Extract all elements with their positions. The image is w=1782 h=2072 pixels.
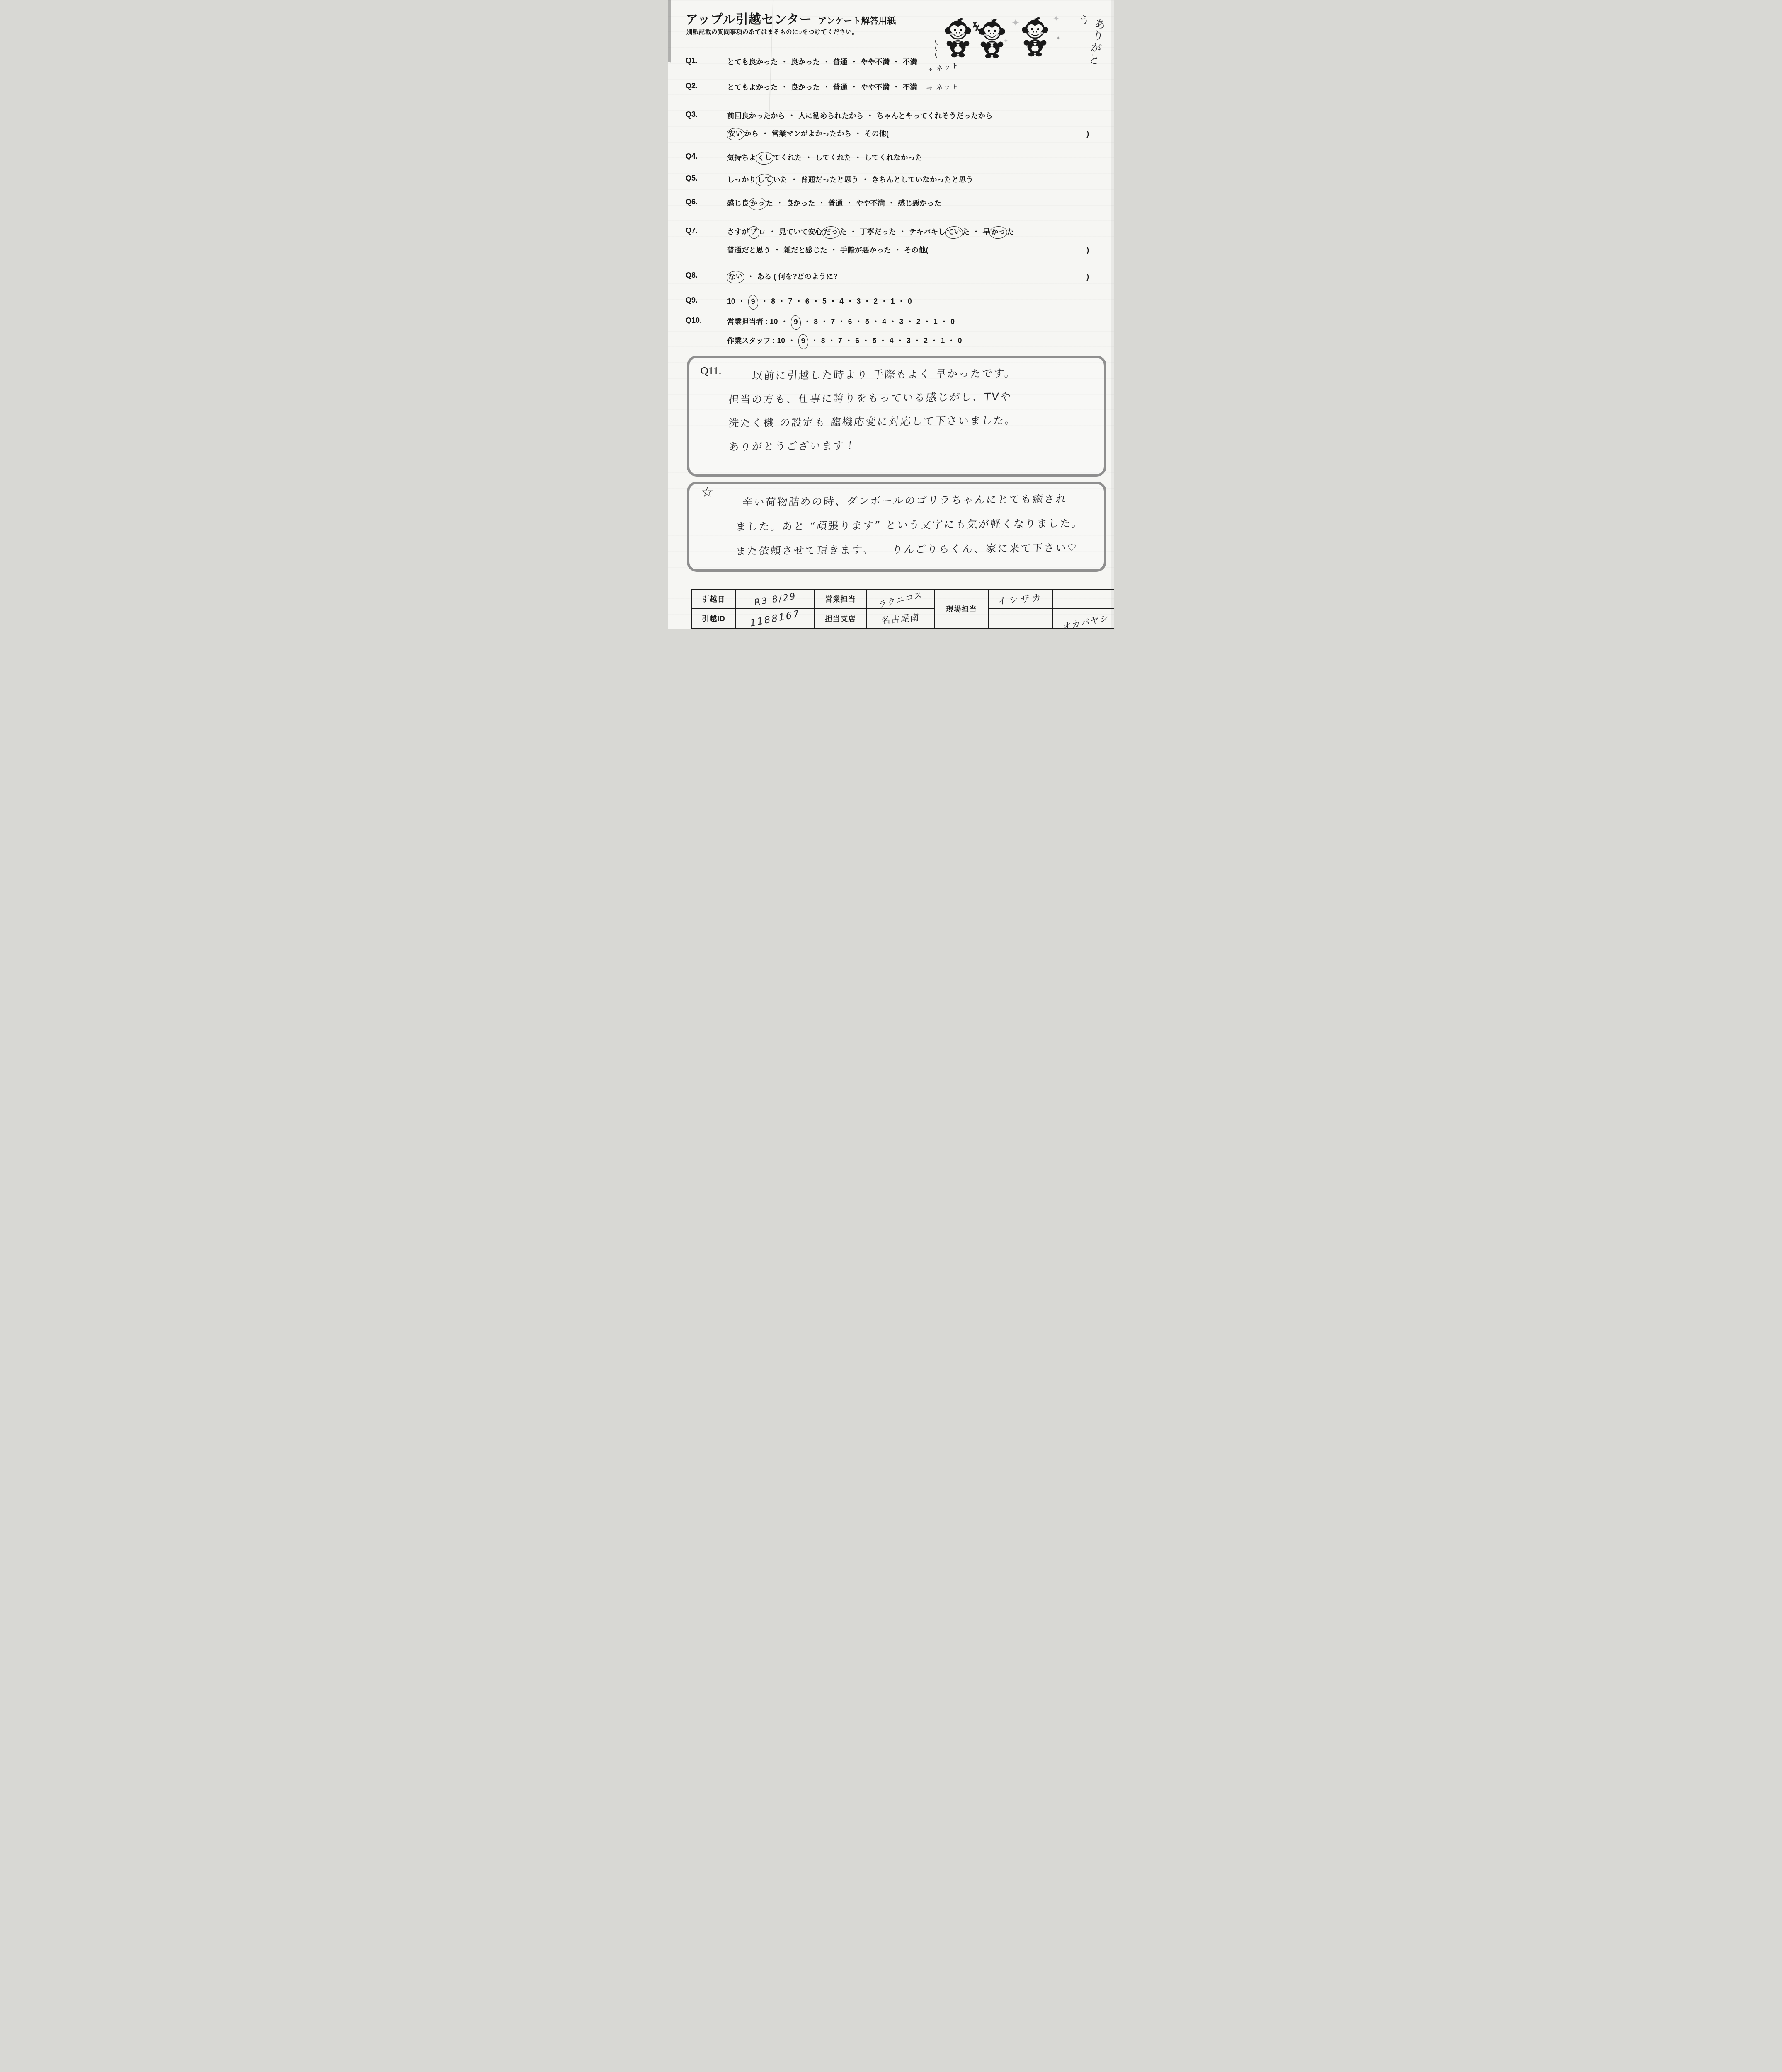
option-text: 見ていて安心 xyxy=(779,226,822,237)
site-crew-label: 現場担当 xyxy=(935,589,988,628)
option-text: やや不満 xyxy=(861,56,890,67)
option-separator: ・ xyxy=(888,198,895,208)
option-separator: ・ xyxy=(778,296,786,307)
option-separator: ・ xyxy=(761,296,769,307)
option-text: 普通だったと思う xyxy=(801,174,859,185)
option-separator: ・ xyxy=(914,335,921,346)
option-separator: ・ xyxy=(804,316,811,327)
option-separator: ・ xyxy=(854,128,862,139)
site-crew-value-2: オカバヤシ xyxy=(1053,609,1114,628)
circled-answer: 9 xyxy=(798,334,808,349)
option-text: 2 xyxy=(916,316,921,327)
option-text: 良かった xyxy=(786,198,815,208)
option-separator: ・ xyxy=(788,335,795,346)
handwritten-line: ました。あと “頑張ります” という文字にも気が軽くなりました。 xyxy=(735,511,1105,539)
option-text: ロ xyxy=(759,226,766,237)
sales-rep-value: ラクニコス xyxy=(866,589,935,609)
question-line: 営業担当者 : 10・9・8・7・6・5・4・3・2・1・0 xyxy=(727,316,1089,328)
option-text: 4 xyxy=(839,296,844,307)
option-separator: ・ xyxy=(923,316,931,327)
empty-cell xyxy=(988,609,1053,628)
question-options: 10・9・8・7・6・5・4・3・2・1・0 xyxy=(727,296,1089,315)
option-separator: ・ xyxy=(812,296,819,307)
option-text: てくれた xyxy=(773,152,802,163)
option-text: 4 xyxy=(882,316,886,327)
option-text: しっかり xyxy=(727,174,756,185)
option-text: 不満 xyxy=(903,82,917,92)
circled-answer: プ xyxy=(748,226,759,239)
move-id-value: 1188167 xyxy=(736,609,815,628)
question-options: とても良かった・良かった・普通・やや不満・不満→ ネット xyxy=(727,56,1089,75)
option-text: 営業担当者 : xyxy=(727,316,770,327)
circled-answer: ない xyxy=(726,271,745,284)
option-separator: ・ xyxy=(879,335,887,346)
option-text: その他( xyxy=(904,244,928,255)
option-text: さすが xyxy=(727,226,749,237)
option-text: 3 xyxy=(856,296,861,307)
option-text: 感じ良 xyxy=(727,198,749,208)
option-text: 感じ悪かった xyxy=(898,198,941,208)
option-separator: ・ xyxy=(851,56,858,67)
option-text: やや不満 xyxy=(861,82,890,92)
question-row: Q1.とても良かった・良かった・普通・やや不満・不満→ ネット xyxy=(686,56,1089,75)
option-text: テキパキし xyxy=(909,226,946,237)
option-separator: ・ xyxy=(880,296,888,307)
handwritten-comment: 以前に引越した時より 手際もよく 早かったです。担当の方も、仕事に誇りをもってい… xyxy=(689,358,1104,474)
option-text: た xyxy=(766,198,773,208)
question-label: Q1. xyxy=(686,56,727,65)
option-separator: ・ xyxy=(862,174,869,185)
option-separator: ・ xyxy=(899,226,907,237)
option-text: た xyxy=(963,226,970,237)
option-text: 普通だと思う xyxy=(727,244,771,255)
option-text: から xyxy=(744,128,759,139)
option-text: 雑だと感じた xyxy=(784,244,827,255)
option-text: 2 xyxy=(924,335,928,346)
option-separator: ・ xyxy=(896,335,904,346)
circled-answer: かっ xyxy=(989,226,1008,240)
circled-answer: かっ xyxy=(748,197,767,211)
option-separator: ・ xyxy=(790,174,798,185)
option-text: 10 xyxy=(727,296,735,307)
question-row: Q5.しっかりしていた・普通だったと思う・きちんとしていなかったと思う xyxy=(686,174,1089,192)
question-options: 感じ良かった・良かった・普通・やや不満・感じ悪かった xyxy=(727,198,1089,216)
option-separator: ・ xyxy=(892,82,900,92)
option-separator: ・ xyxy=(823,82,830,92)
option-text: してくれた xyxy=(815,152,852,163)
table-row: 引越日 R3 8/29 営業担当 ラクニコス 現場担当 イシザカ xyxy=(691,589,1114,609)
option-text: 営業マンがよかったから xyxy=(772,128,852,139)
option-text: 10 xyxy=(777,335,785,346)
site-crew-value-1: イシザカ xyxy=(988,589,1053,609)
option-text: 0 xyxy=(908,296,912,307)
option-separator: ・ xyxy=(838,316,845,327)
option-separator: ・ xyxy=(866,110,874,121)
question-options: さすがプロ・見ていて安心だった・丁寧だった・テキパキしていた・早かった普通だと思… xyxy=(727,226,1089,262)
handwritten-note: → ネット xyxy=(926,61,959,76)
footer-table: 引越日 R3 8/29 営業担当 ラクニコス 現場担当 イシザカ 引越ID 11… xyxy=(691,589,1114,629)
branch-label: 担当支店 xyxy=(815,609,866,628)
option-text: 普通 xyxy=(833,82,848,92)
option-text: 不満 xyxy=(903,56,917,67)
move-date-value: R3 8/29 xyxy=(736,589,815,609)
option-text: 1 xyxy=(941,335,945,346)
option-text: してくれなかった xyxy=(865,152,923,163)
option-text: 10 xyxy=(770,316,778,327)
question-row: Q8.ない・ある ( 何を?どのように?) xyxy=(686,271,1089,289)
option-separator: ・ xyxy=(781,56,788,67)
option-text: 4 xyxy=(890,335,894,346)
move-date-label: 引越日 xyxy=(691,589,736,609)
option-separator: ・ xyxy=(828,335,836,346)
option-separator: ・ xyxy=(818,198,826,208)
option-separator: ・ xyxy=(769,226,776,237)
option-text: とてもよかった xyxy=(727,82,778,92)
circled-answer: だっ xyxy=(822,226,840,240)
handwritten-comment: 辛い荷物詰めの時、ダンボールのゴリラちゃんにとても癒されました。あと “頑張りま… xyxy=(689,484,1104,569)
question-label: Q7. xyxy=(686,226,727,235)
option-separator: ・ xyxy=(781,316,788,327)
question-row: Q2.とてもよかった・良かった・普通・やや不満・不満→ ネット xyxy=(686,82,1089,100)
option-separator: ・ xyxy=(781,82,788,92)
option-text: 手際が悪かった xyxy=(840,244,891,255)
option-separator: ・ xyxy=(795,296,803,307)
question-row: Q3.前回良かったから・人に勧められたから・ちゃんとやってくれそうだったから安い… xyxy=(686,110,1089,146)
option-text: きちんとしていなかったと思う xyxy=(872,174,973,185)
option-text: 普通 xyxy=(828,198,843,208)
question-label: Q3. xyxy=(686,110,727,119)
option-text: た xyxy=(839,226,847,237)
question-line: 作業スタッフ : 10・9・8・7・6・5・4・3・2・1・0 xyxy=(727,335,1089,347)
option-separator: ・ xyxy=(898,296,905,307)
option-separator: ・ xyxy=(889,316,897,327)
question-line: しっかりしていた・普通だったと思う・きちんとしていなかったと思う xyxy=(727,174,1089,185)
question-row: Q9.10・9・8・7・6・5・4・3・2・1・0 xyxy=(686,296,1089,315)
option-separator: ・ xyxy=(931,335,938,346)
handwritten-line: ありがとうございます！ xyxy=(727,431,1105,458)
question-label: Q5. xyxy=(686,174,727,183)
question-options: しっかりしていた・普通だったと思う・きちんとしていなかったと思う xyxy=(727,174,1089,192)
circled-answer: くし xyxy=(755,152,774,165)
question-options: 前回良かったから・人に勧められたから・ちゃんとやってくれそうだったから安いから・… xyxy=(727,110,1089,146)
option-separator: ・ xyxy=(747,271,754,282)
question-line: 気持ちよくしてくれた・してくれた・してくれなかった xyxy=(727,152,1089,163)
circled-answer: てい xyxy=(945,226,963,240)
question-row: Q6.感じ良かった・良かった・普通・やや不満・感じ悪かった xyxy=(686,198,1089,216)
option-text: 6 xyxy=(848,316,852,327)
question-line: さすがプロ・見ていて安心だった・丁寧だった・テキパキしていた・早かった xyxy=(727,226,1089,237)
option-text: その他( xyxy=(865,128,889,139)
option-separator: ・ xyxy=(863,296,871,307)
branch-value: 名古屋南 xyxy=(866,609,935,628)
option-text: 8 xyxy=(814,316,818,327)
option-text: 8 xyxy=(771,296,775,307)
handwritten-line: また依頼させて頂きます。 りんごりらくん、家に来て下さい♡ xyxy=(735,535,1105,563)
question-row: Q4.気持ちよくしてくれた・してくれた・してくれなかった xyxy=(686,152,1089,170)
comment-box-star: ☆ 辛い荷物詰めの時、ダンボールのゴリラちゃんにとても癒されました。あと “頑張… xyxy=(687,482,1106,572)
option-separator: ・ xyxy=(776,198,783,208)
option-separator: ・ xyxy=(851,82,858,92)
option-text: 2 xyxy=(874,296,878,307)
option-separator: ・ xyxy=(845,335,853,346)
option-separator: ・ xyxy=(854,152,862,163)
question-line: ない・ある ( 何を?どのように?) xyxy=(727,271,1089,282)
question-label: Q10. xyxy=(686,316,727,325)
comment-box-q11: Q11. 以前に引越した時より 手際もよく 早かったです。担当の方も、仕事に誇り… xyxy=(687,356,1106,477)
handwritten-line: 担当の方も、仕事に誇りをもっている感じがし、TVや xyxy=(727,384,1105,411)
question-line: 10・9・8・7・6・5・4・3・2・1・0 xyxy=(727,296,1089,308)
option-text: 8 xyxy=(821,335,825,346)
option-text: 5 xyxy=(872,335,876,346)
option-separator: ・ xyxy=(846,198,853,208)
option-text: 6 xyxy=(805,296,810,307)
question-label: Q4. xyxy=(686,152,727,161)
option-text: ちゃんとやってくれそうだったから xyxy=(877,110,993,121)
option-separator: ・ xyxy=(738,296,745,307)
option-text: やや不満 xyxy=(856,198,885,208)
option-text: いた xyxy=(773,174,788,185)
option-text: 前回良かったから xyxy=(727,110,785,121)
question-options: とてもよかった・良かった・普通・やや不満・不満→ ネット xyxy=(727,82,1089,100)
handwritten-line: 以前に引越した時より 手際もよく 早かったです。 xyxy=(751,361,1105,388)
option-separator: ・ xyxy=(805,152,812,163)
option-text: 7 xyxy=(831,316,835,327)
option-text: 7 xyxy=(838,335,842,346)
question-line: 前回良かったから・人に勧められたから・ちゃんとやってくれそうだったから xyxy=(727,110,1089,121)
option-separator: ・ xyxy=(761,128,769,139)
option-text: 6 xyxy=(855,335,859,346)
option-text: ) xyxy=(1086,128,1089,139)
handwritten-line: 辛い荷物詰めの時、ダンボールのゴリラちゃんにとても癒され xyxy=(741,486,1105,514)
option-separator: ・ xyxy=(972,226,980,237)
question-options: 営業担当者 : 10・9・8・7・6・5・4・3・2・1・0作業スタッフ : 1… xyxy=(727,316,1089,354)
option-text: 良かった xyxy=(791,56,820,67)
option-separator: ・ xyxy=(892,56,900,67)
option-text: 早 xyxy=(983,226,990,237)
option-text: 0 xyxy=(958,335,962,346)
option-separator: ・ xyxy=(850,226,857,237)
option-separator: ・ xyxy=(823,56,830,67)
question-label: Q9. xyxy=(686,296,727,305)
option-separator: ・ xyxy=(941,316,948,327)
question-label: Q6. xyxy=(686,198,727,206)
option-text: ) xyxy=(1086,244,1089,255)
option-text: 5 xyxy=(822,296,827,307)
question-options: ない・ある ( 何を?どのように?) xyxy=(727,271,1089,289)
circled-answer: 9 xyxy=(790,315,801,330)
table-row: 引越ID 1188167 担当支店 名古屋南 オカバヤシ xyxy=(691,609,1114,628)
question-row: Q10.営業担当者 : 10・9・8・7・6・5・4・3・2・1・0作業スタッフ… xyxy=(686,316,1089,354)
question-line: 安いから・営業マンがよかったから・その他() xyxy=(727,128,1089,139)
option-separator: ・ xyxy=(948,335,955,346)
option-text: 3 xyxy=(899,316,903,327)
option-text: 人に勧められたから xyxy=(798,110,864,121)
question-line: とてもよかった・良かった・普通・やや不満・不満→ ネット xyxy=(727,82,1089,93)
option-separator: ・ xyxy=(906,316,914,327)
question-line: とても良かった・良かった・普通・やや不満・不満→ ネット xyxy=(727,56,1089,68)
move-id-label: 引越ID xyxy=(691,609,736,628)
option-text: 普通 xyxy=(833,56,848,67)
option-text: 1 xyxy=(933,316,938,327)
circled-answer: して xyxy=(755,174,774,187)
option-separator: ・ xyxy=(855,316,862,327)
option-text: 5 xyxy=(865,316,869,327)
survey-sheet-page: アップル引越センターアンケート解答用紙 別紙記載の質問事項のあてはまるものに○を… xyxy=(668,0,1114,629)
option-separator: ・ xyxy=(773,244,781,255)
circled-answer: 9 xyxy=(748,295,759,310)
option-text: ) xyxy=(1086,271,1089,282)
option-text: 0 xyxy=(950,316,955,327)
option-separator: ・ xyxy=(788,110,795,121)
option-separator: ・ xyxy=(811,335,818,346)
option-text: ある ( 何を?どのように? xyxy=(757,271,838,282)
option-separator: ・ xyxy=(830,244,838,255)
option-separator: ・ xyxy=(829,296,837,307)
option-text: 1 xyxy=(891,296,895,307)
question-line: 感じ良かった・良かった・普通・やや不満・感じ悪かった xyxy=(727,198,1089,209)
question-label: Q2. xyxy=(686,82,727,90)
question-row: Q7.さすがプロ・見ていて安心だった・丁寧だった・テキパキしていた・早かった普通… xyxy=(686,226,1089,262)
option-text: 作業スタッフ : xyxy=(727,335,777,346)
empty-cell xyxy=(1053,589,1114,609)
option-separator: ・ xyxy=(821,316,828,327)
option-text: た xyxy=(1007,226,1014,237)
option-text: 3 xyxy=(907,335,911,346)
handwritten-line: 洗たく機 の設定も 臨機応変に対応して下さいました。 xyxy=(727,407,1105,435)
option-separator: ・ xyxy=(894,244,902,255)
option-text: 気持ちよ xyxy=(727,152,756,163)
question-options: 気持ちよくしてくれた・してくれた・してくれなかった xyxy=(727,152,1089,170)
option-text: 良かった xyxy=(791,82,820,92)
circled-answer: 安い xyxy=(726,128,745,141)
question-label: Q8. xyxy=(686,271,727,280)
option-separator: ・ xyxy=(862,335,870,346)
sales-rep-label: 営業担当 xyxy=(815,589,866,609)
handwritten-note: → ネット xyxy=(926,81,959,94)
option-text: とても良かった xyxy=(727,56,778,67)
option-text: 7 xyxy=(788,296,792,307)
option-text: 丁寧だった xyxy=(860,226,896,237)
question-line: 普通だと思う・雑だと感じた・手際が悪かった・その他() xyxy=(727,244,1089,255)
option-separator: ・ xyxy=(846,296,854,307)
option-separator: ・ xyxy=(872,316,880,327)
